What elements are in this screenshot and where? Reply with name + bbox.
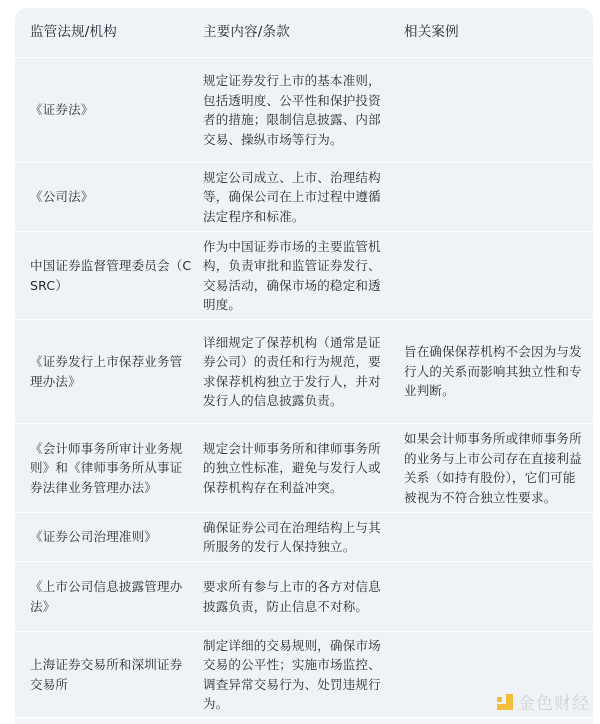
cell-regulation: 《会计师事务所审计业务规则》和《律师事务所从事证券法律业务管理办法》	[15, 439, 203, 498]
content-text: 规定公司成立、上市、治理结构等，确保公司在上市过程中遵循法定程序和标准。	[203, 168, 388, 227]
cell-case: 旨在确保保荐机构不会因为与发行人的关系而影响其独立性和专业判断。	[404, 342, 593, 401]
table-header-row: 监管法规/机构 主要内容/条款 相关案例	[15, 8, 593, 58]
content-text: 详细规定了保荐机构（通常是证券公司）的责任和行为规范，要求保荐机构独立于发行人，…	[203, 333, 388, 411]
table-row: 《公司法》 规定公司成立、上市、治理结构等，确保公司在上市过程中遵循法定程序和标…	[15, 163, 593, 232]
content-text: 要求所有参与上市的各方对信息披露负责，防止信息不对称。	[203, 577, 388, 616]
cell-content: 规定公司成立、上市、治理结构等，确保公司在上市过程中遵循法定程序和标准。	[203, 168, 404, 227]
content-text: 制定详细的交易规则，确保市场交易的公平性；实施市场监控、调查异常交易行为、处罚违…	[203, 636, 388, 714]
table-row: 《证券公司治理准则》 确保证券公司在治理结构上与其所服务的发行人保持独立。	[15, 513, 593, 562]
header-case: 相关案例	[404, 23, 593, 43]
cell-content: 详细规定了保荐机构（通常是证券公司）的责任和行为规范，要求保荐机构独立于发行人，…	[203, 333, 404, 411]
cell-regulation: 《证券法》	[15, 100, 203, 120]
table-row: 中国证券监督管理委员会（CSRC） 作为中国证券市场的主要监管机构，负责审批和监…	[15, 232, 593, 320]
cell-content: 作为中国证券市场的主要监管机构，负责审批和监管证券发行、交易活动，确保市场的稳定…	[203, 237, 404, 315]
table-row: 《证券发行上市保荐业务管理办法》 详细规定了保荐机构（通常是证券公司）的责任和行…	[15, 320, 593, 424]
table-row: 《证券法》 规定证券发行上市的基本准则，包括透明度、公平性和保护投资者的措施；限…	[15, 58, 593, 163]
watermark: 金色财经	[497, 689, 590, 714]
content-text: 作为中国证券市场的主要监管机构，负责审批和监管证券发行、交易活动，确保市场的稳定…	[203, 237, 388, 315]
content-text: 规定会计师事务所和律师事务所的独立性标准，避免与发行人或保荐机构存在利益冲突。	[203, 439, 388, 498]
cell-content: 规定会计师事务所和律师事务所的独立性标准，避免与发行人或保荐机构存在利益冲突。	[203, 439, 404, 498]
case-text: 旨在确保保荐机构不会因为与发行人的关系而影响其独立性和专业判断。	[404, 342, 582, 401]
content-text: 确保证券公司在治理结构上与其所服务的发行人保持独立。	[203, 518, 388, 557]
regulation-table: 监管法规/机构 主要内容/条款 相关案例 《证券法》 规定证券发行上市的基本准则…	[15, 8, 593, 718]
jinse-logo-icon	[497, 694, 513, 710]
cell-regulation: 《上市公司信息披露管理办法》	[15, 577, 203, 616]
cell-content: 制定详细的交易规则，确保市场交易的公平性；实施市场监控、调查异常交易行为、处罚违…	[203, 636, 404, 714]
cell-content: 规定证券发行上市的基本准则，包括透明度、公平性和保护投资者的措施；限制信息披露、…	[203, 71, 404, 149]
header-regulation: 监管法规/机构	[15, 23, 203, 43]
table-next-row-edge	[15, 719, 593, 724]
watermark-text: 金色财经	[518, 689, 590, 714]
cell-case: 如果会计师事务所或律师事务所的业务与上市公司存在直接利益关系（如持有股份），它们…	[404, 429, 593, 507]
cell-regulation: 上海证券交易所和深圳证券交易所	[15, 655, 203, 694]
cell-regulation: 《证券发行上市保荐业务管理办法》	[15, 352, 203, 391]
cell-content: 要求所有参与上市的各方对信息披露负责，防止信息不对称。	[203, 577, 404, 616]
cell-regulation: 《证券公司治理准则》	[15, 527, 203, 547]
table-row: 《上市公司信息披露管理办法》 要求所有参与上市的各方对信息披露负责，防止信息不对…	[15, 562, 593, 632]
table-row: 《会计师事务所审计业务规则》和《律师事务所从事证券法律业务管理办法》 规定会计师…	[15, 424, 593, 513]
cell-content: 确保证券公司在治理结构上与其所服务的发行人保持独立。	[203, 518, 404, 557]
content-text: 规定证券发行上市的基本准则，包括透明度、公平性和保护投资者的措施；限制信息披露、…	[203, 71, 388, 149]
case-text: 如果会计师事务所或律师事务所的业务与上市公司存在直接利益关系（如持有股份），它们…	[404, 429, 582, 507]
cell-regulation: 中国证券监督管理委员会（CSRC）	[15, 256, 203, 295]
header-content: 主要内容/条款	[203, 23, 404, 43]
cell-regulation: 《公司法》	[15, 187, 203, 207]
